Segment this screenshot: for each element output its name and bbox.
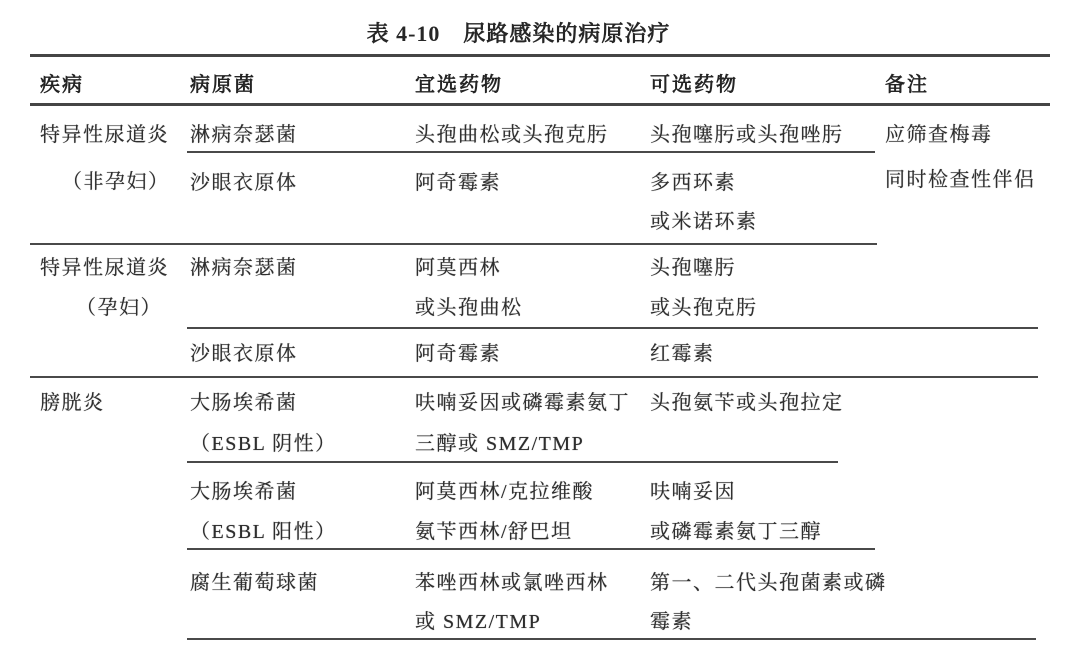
col-header-pathogen: 病原菌 [190,75,256,95]
rule-table-bottom [187,638,1036,640]
cell-drug-optional: 呋喃妥因 [650,482,736,502]
rule-section2-bottom [30,376,1038,378]
cell-drug-preferred: 苯唑西林或氯唑西林 [415,573,609,593]
cell-disease: （非孕妇） [62,172,170,192]
cell-pathogen: 腐生葡萄球菌 [190,573,319,593]
cell-remark: 同时检查性伴侣 [885,170,1036,190]
cell-pathogen: 大肠埃希菌 [190,482,298,502]
rule-section2-inner [187,327,1038,329]
cell-disease: 特异性尿道炎 [40,258,169,278]
cell-disease: 膀胱炎 [40,393,105,413]
cell-drug-preferred: 呋喃妥因或磷霉素氨丁 [415,393,630,413]
cell-drug-optional: 头孢噻肟或头孢唑肟 [650,125,844,145]
cell-pathogen: （ESBL 阳性） [190,522,337,542]
cell-drug-optional: 或头孢克肟 [650,298,758,318]
rule-section1-bottom [30,243,877,245]
col-header-remark: 备注 [885,75,929,95]
cell-pathogen: （ESBL 阴性） [190,434,337,454]
cell-drug-preferred: 阿莫西林 [415,258,501,278]
cell-drug-preferred: 或 SMZ/TMP [415,612,541,632]
cell-drug-preferred: 阿莫西林/克拉维酸 [415,482,594,502]
cell-pathogen: 沙眼衣原体 [190,344,298,364]
cell-disease: 特异性尿道炎 [40,125,169,145]
cell-pathogen: 大肠埃希菌 [190,393,298,413]
cell-drug-optional: 第一、二代头孢菌素或磷 [650,573,887,593]
col-header-optional: 可选药物 [650,75,738,95]
cell-drug-preferred: 或头孢曲松 [415,298,523,318]
col-header-disease: 疾病 [40,75,84,95]
cell-drug-preferred: 阿奇霉素 [415,344,501,364]
cell-pathogen: 淋病奈瑟菌 [190,258,298,278]
rule-table-top [30,54,1050,57]
cell-drug-optional: 或米诺环素 [650,212,758,232]
cell-drug-preferred: 三醇或 SMZ/TMP [415,434,584,454]
col-header-preferred: 宜选药物 [415,75,503,95]
rule-section3-inner-2 [187,548,875,550]
cell-pathogen: 沙眼衣原体 [190,173,298,193]
cell-remark: 应筛查梅毒 [885,125,993,145]
cell-drug-preferred: 头孢曲松或头孢克肟 [415,125,609,145]
cell-drug-optional: 头孢氨苄或头孢拉定 [650,393,844,413]
cell-drug-optional: 红霉素 [650,344,715,364]
rule-section1-inner [187,151,875,153]
rule-section3-inner-1 [187,461,838,463]
cell-drug-optional: 多西环素 [650,173,736,193]
cell-drug-preferred: 阿奇霉素 [415,173,501,193]
cell-drug-optional: 或磷霉素氨丁三醇 [650,522,822,542]
cell-drug-optional: 头孢噻肟 [650,258,736,278]
table-title: 表 4-10 尿路感染的病原治疗 [0,17,1037,48]
scanned-table-page: 表 4-10 尿路感染的病原治疗 疾病 病原菌 宜选药物 可选药物 备注 特异性… [0,0,1080,654]
cell-pathogen: 淋病奈瑟菌 [190,125,298,145]
rule-header-bottom [30,103,1050,106]
cell-drug-optional: 霉素 [650,612,693,632]
cell-drug-preferred: 氨苄西林/舒巴坦 [415,522,573,542]
cell-disease: （孕妇） [76,298,162,318]
